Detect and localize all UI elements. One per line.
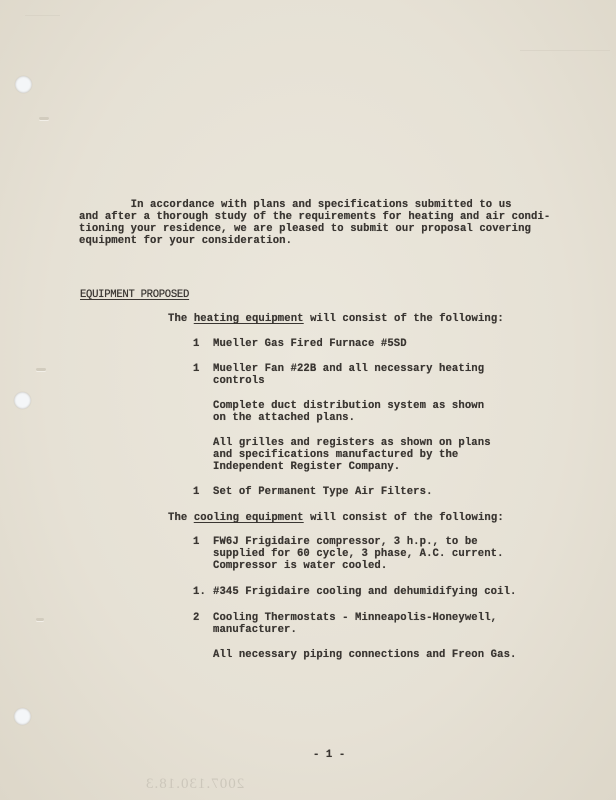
item-text: manufacturer. xyxy=(213,624,297,637)
page-number: - 1 - xyxy=(313,749,345,762)
item-text: Cooling Thermostats - Minneapolis-Honeyw… xyxy=(213,612,497,625)
intro-line: In accordance with plans and specificati… xyxy=(79,199,512,212)
item-text: #345 Frigidaire cooling and dehumidifyin… xyxy=(213,586,517,599)
paper-mark xyxy=(36,618,44,621)
paper-mark xyxy=(39,117,49,120)
item-qty: 1. xyxy=(193,586,206,599)
cooling-intro: The cooling equipment will consist of th… xyxy=(168,512,504,525)
paper-crease xyxy=(25,15,60,16)
item-text: supplied for 60 cycle, 3 phase, A.C. cur… xyxy=(213,548,504,561)
intro-line: tioning your residence, we are pleased t… xyxy=(79,223,531,236)
document-page: In accordance with plans and specificati… xyxy=(0,0,616,800)
item-qty: 1 xyxy=(193,363,199,376)
intro-line: equipment for your consideration. xyxy=(79,235,292,248)
punch-hole-top xyxy=(15,76,32,93)
item-text: All necessary piping connections and Fre… xyxy=(213,649,517,662)
section-heading: EQUIPMENT PROPOSED xyxy=(80,289,189,302)
item-qty: 2 xyxy=(193,612,199,625)
item-text: and specifications manufactured by the xyxy=(213,449,458,462)
paper-crease xyxy=(520,50,610,51)
item-qty: 1 xyxy=(193,338,199,351)
item-text: Mueller Fan #22B and all necessary heati… xyxy=(213,363,484,376)
item-text: on the attached plans. xyxy=(213,412,355,425)
heating-intro-suffix: will consist of the following: xyxy=(304,313,504,325)
heating-equipment-underlined: heating equipment xyxy=(194,313,304,325)
item-text: Compressor is water cooled. xyxy=(213,560,387,573)
punch-hole-bottom xyxy=(14,708,31,725)
punch-hole-middle xyxy=(14,392,31,409)
item-text: Complete duct distribution system as sho… xyxy=(213,400,484,413)
cooling-intro-prefix: The xyxy=(168,512,194,524)
item-qty: 1 xyxy=(193,486,199,499)
item-text: controls xyxy=(213,375,265,388)
cooling-intro-suffix: will consist of the following: xyxy=(304,512,504,524)
heating-intro: The heating equipment will consist of th… xyxy=(168,313,504,326)
item-text: Set of Permanent Type Air Filters. xyxy=(213,486,433,499)
cooling-equipment-underlined: cooling equipment xyxy=(194,512,304,524)
item-text: FW6J Frigidaire compressor, 3 h.p., to b… xyxy=(213,536,478,549)
item-qty: 1 xyxy=(193,536,199,549)
heating-intro-prefix: The xyxy=(168,313,194,325)
archive-accession-mark: 2007.130.18.3 xyxy=(145,776,244,793)
paper-mark xyxy=(36,368,46,371)
item-text: Independent Register Company. xyxy=(213,461,400,474)
item-text: Mueller Gas Fired Furnace #5SD xyxy=(213,338,407,351)
intro-line: and after a thorough study of the requir… xyxy=(79,211,550,224)
item-text: All grilles and registers as shown on pl… xyxy=(213,437,491,450)
